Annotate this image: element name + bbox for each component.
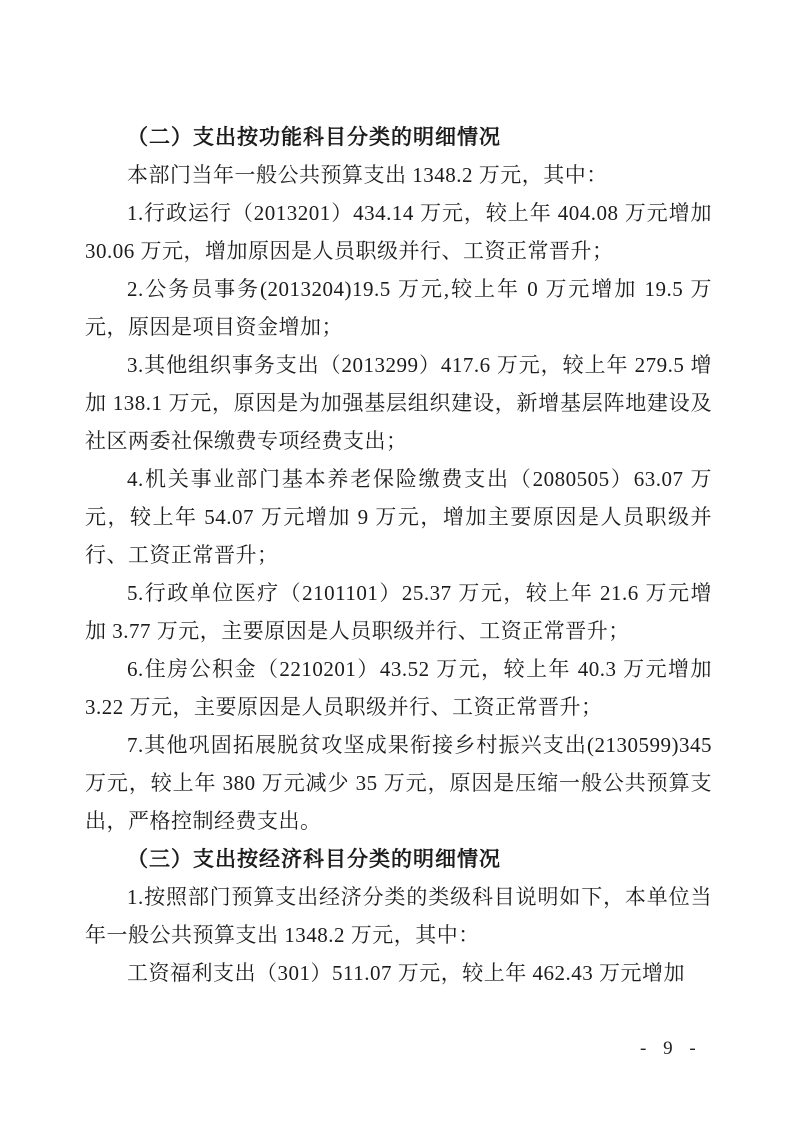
paragraph-item-2-civil-servant-affairs: 2.公务员事务(2013204)19.5 万元,较上年 0 万元增加 19.5 … [85,270,712,346]
paragraph-total-functional: 本部门当年一般公共预算支出 1348.2 万元，其中： [85,156,712,194]
paragraph-item-3-other-org-affairs: 3.其他组织事务支出（2013299）417.6 万元，较上年 279.5 增加… [85,346,712,460]
paragraph-item-5-medical: 5.行政单位医疗（2101101）25.37 万元，较上年 21.6 万元增加 … [85,574,712,650]
document-body: （二）支出按功能科目分类的明细情况 本部门当年一般公共预算支出 1348.2 万… [85,118,712,992]
paragraph-item-1-admin-operation: 1.行政运行（2013201）434.14 万元，较上年 404.08 万元增加… [85,194,712,270]
paragraph-item-7-rural-revitalization: 7.其他巩固拓展脱贫攻坚成果衔接乡村振兴支出(2130599)345 万元，较上… [85,726,712,840]
paragraph-item-6-housing-fund: 6.住房公积金（2210201）43.52 万元，较上年 40.3 万元增加 3… [85,650,712,726]
document-page: （二）支出按功能科目分类的明细情况 本部门当年一般公共预算支出 1348.2 万… [0,0,793,1122]
paragraph-salary-welfare: 工资福利支出（301）511.07 万元，较上年 462.43 万元增加 [85,954,712,992]
section-heading-3: （三）支出按经济科目分类的明细情况 [85,840,712,878]
section-heading-2: （二）支出按功能科目分类的明细情况 [85,118,712,156]
paragraph-item-4-pension-contribution: 4.机关事业部门基本养老保险缴费支出（2080505）63.07 万元，较上年 … [85,460,712,574]
paragraph-economic-classification-intro: 1.按照部门预算支出经济分类的类级科目说明如下，本单位当年一般公共预算支出 13… [85,878,712,954]
page-number-label: - 9 - [640,1036,702,1062]
